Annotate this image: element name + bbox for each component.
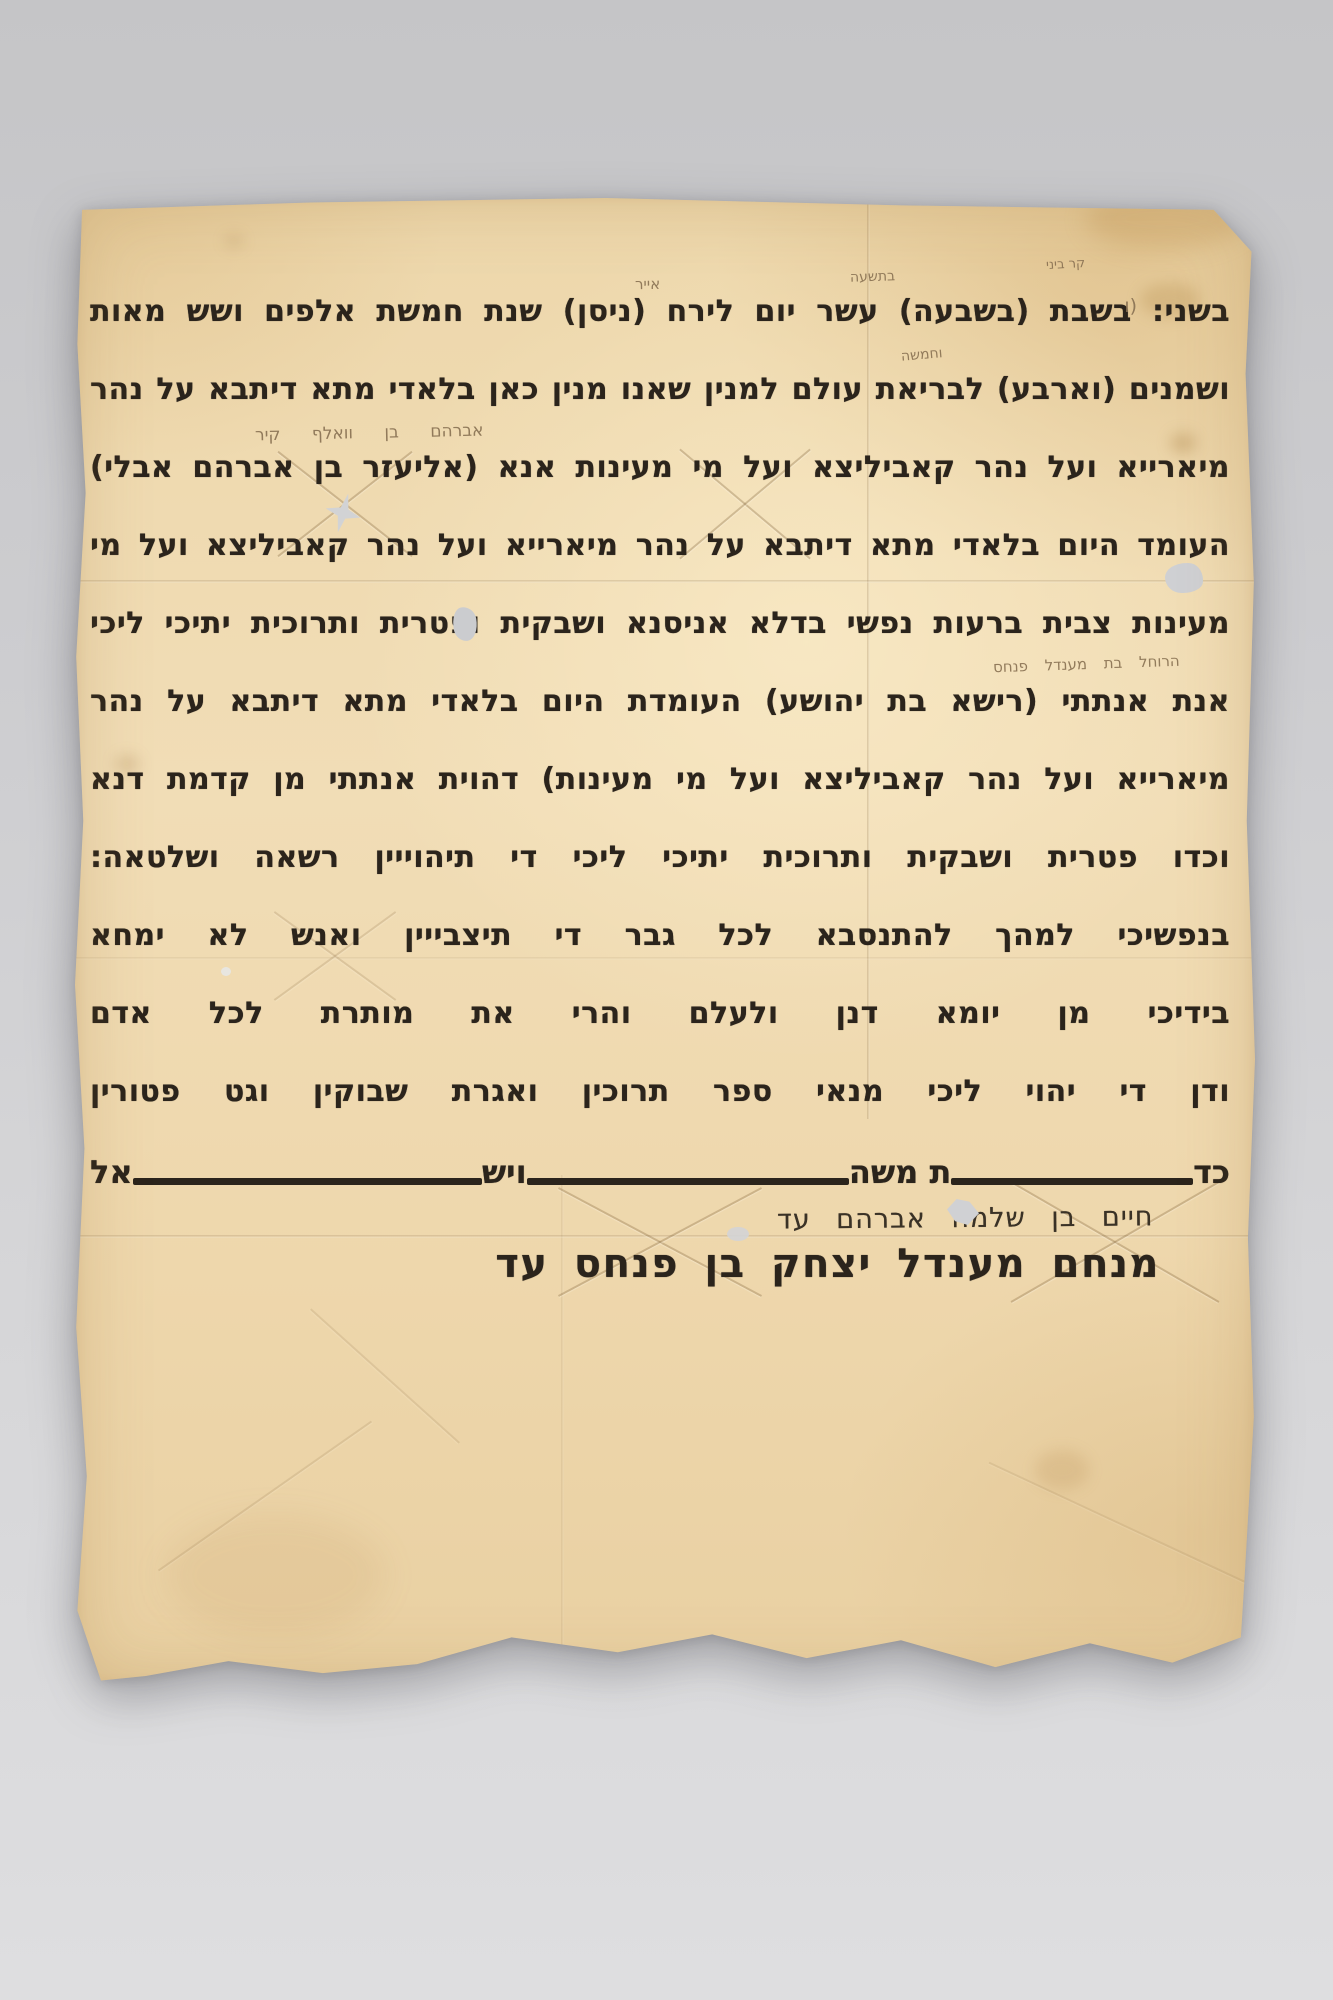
stain-spot — [225, 235, 243, 247]
fold-crease — [989, 1462, 1262, 1591]
printed-text-block: בשני: בשבת (בשבעה) עשר יום לירח (ניסן) ש… — [90, 273, 1230, 1131]
stretched-closing-line: כד ת משה ויש אל — [90, 1133, 1230, 1211]
get-document-paper: בשני: בשבת (בשבעה) עשר יום לירח (ניסן) ש… — [75, 195, 1255, 1685]
photo-backdrop: בשני: בשבת (בשבעה) עשר יום לירח (ניסן) ש… — [0, 0, 1333, 2000]
stain-spot — [1085, 189, 1245, 249]
fold-crease — [310, 1308, 460, 1443]
tear-hole — [1165, 563, 1203, 593]
handwritten-annotation: קר ביני — [1045, 256, 1085, 273]
handwritten-annotation: בתשעה — [850, 268, 896, 286]
stain-spot — [1035, 1450, 1089, 1490]
printed-text-line: וכדו פטרית ושבקית ותרוכית יתיכי ליכי די … — [90, 819, 1230, 897]
printed-text-line: בידיכי מן יומא דנן ולעלם והרי את מותרת ל… — [90, 975, 1230, 1053]
stretched-text-segment: כד — [1193, 1133, 1230, 1211]
handwritten-annotation: (ו — [1124, 295, 1137, 317]
tear-hole — [221, 967, 231, 976]
printed-text-line: ודן די יהוי ליכי מנאי ספר תרוכין ואגרת ש… — [90, 1053, 1230, 1131]
stretch-rule — [527, 1178, 849, 1185]
printed-text-line: ושמנים (וארבע) לבריאת עולם למנין שאנו מנ… — [90, 351, 1230, 429]
printed-text-line: אנת אנתתי (רישא בת יהושע) העומדת היום בל… — [90, 663, 1230, 741]
witness-signature: מנחם מענדל יצחק בן פנחס עד — [495, 1241, 1160, 1287]
stretched-text-segment: אל — [90, 1133, 133, 1211]
stretched-text-segment: ת משה — [849, 1133, 951, 1211]
stain-spot — [165, 1515, 385, 1635]
stretch-rule — [951, 1178, 1193, 1185]
handwritten-annotation: אייר — [635, 275, 661, 293]
stretched-text-segment: ויש — [482, 1133, 527, 1211]
document-photo: בשני: בשבת (בשבעה) עשר יום לירח (ניסן) ש… — [75, 195, 1255, 1685]
printed-text-line: העומד היום בלאדי מתא דיתבא על נהר מיאריי… — [90, 507, 1230, 585]
tear-hole — [727, 1227, 749, 1241]
printed-text-line: מעינות צבית ברעות נפשי בדלא אניסנא ושבקי… — [90, 585, 1230, 663]
printed-text-line: מיארייא ועל נהר קאביליצא ועל מי מעינות) … — [90, 741, 1230, 819]
stretch-rule — [133, 1178, 482, 1185]
printed-text-line: בנפשיכי למהך להתנסבא לכל גבר די תיצבייין… — [90, 897, 1230, 975]
